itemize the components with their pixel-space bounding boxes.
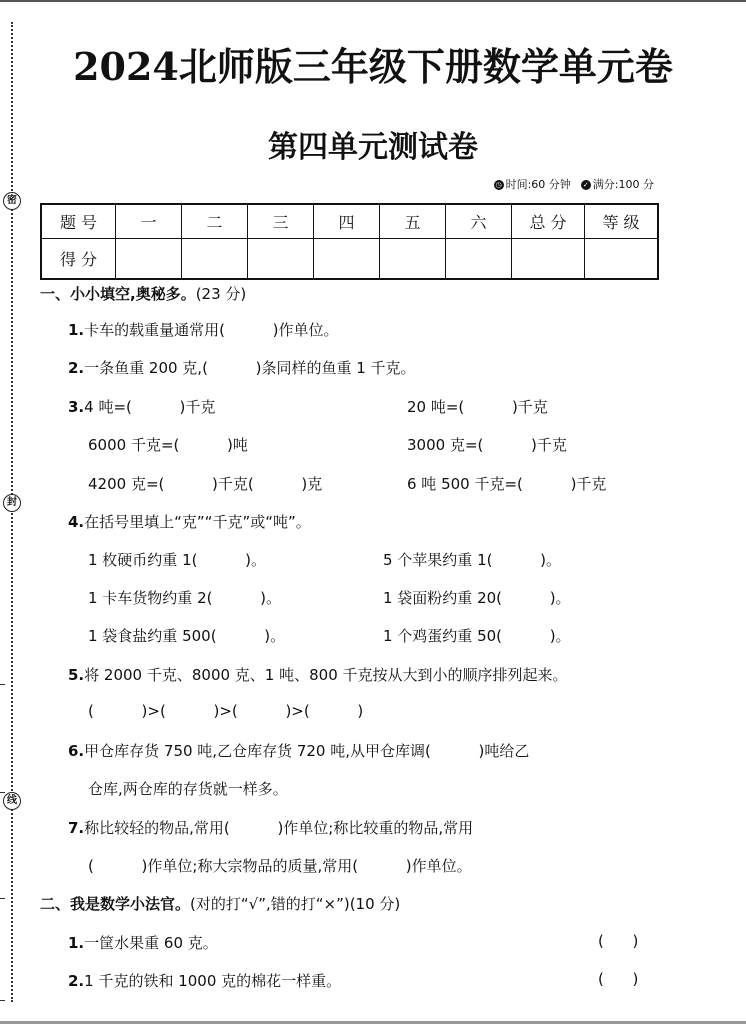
question-1-2: 2.一条鱼重 200 克,( )条同样的鱼重 1 千克。 xyxy=(68,357,416,378)
binding-mark-xian: 线 xyxy=(3,792,21,810)
question-1-3-a: 3.4 吨=( )千克 xyxy=(68,396,215,417)
question-number: 4. xyxy=(68,513,84,531)
document-subtitle: 第四单元测试卷 xyxy=(0,122,746,166)
question-1-6-cont: 仓库,两仓库的存货就一样多。 xyxy=(88,778,288,799)
question-2-2-answer: ( ) xyxy=(598,970,638,988)
section-title-text: 一、小小填空,奥秘多。 xyxy=(40,285,196,303)
document-title: 2024北师版三年级下册数学单元卷 xyxy=(0,36,746,91)
question-1-5: 5.将 2000 千克、8000 克、1 吨、800 千克按从大到小的顺序排列起… xyxy=(68,664,568,685)
question-text: 称比较轻的物品,常用( )作单位;称比较重的物品,常用 xyxy=(84,819,473,837)
question-2-1-answer: ( ) xyxy=(598,932,638,950)
header-cell: 六 xyxy=(446,204,512,239)
score-info: ✓满分:100 分 xyxy=(581,176,654,192)
question-number: 5. xyxy=(68,666,84,684)
header-cell: 四 xyxy=(314,204,380,239)
header-cell: 五 xyxy=(380,204,446,239)
question-2-2: 2.1 千克的铁和 1000 克的棉花一样重。 xyxy=(68,970,341,991)
header-cell: 总 分 xyxy=(512,204,585,239)
score-cell[interactable] xyxy=(314,239,380,280)
question-text: 在括号里填上“克”“千克”或“吨”。 xyxy=(84,513,311,531)
question-text: 卡车的载重量通常用( )作单位。 xyxy=(84,321,338,339)
question-1-5-answer: ( )>( )>( )>( ) xyxy=(88,702,363,720)
question-item: 4 吨=( )千克 xyxy=(84,398,215,416)
section-points: (对的打“√”,错的打“×”)(10 分) xyxy=(190,895,400,913)
score-table-header-row: 题 号 一 二 三 四 五 六 总 分 等 级 xyxy=(41,204,658,239)
question-1-3-e: 4200 克=( )千克( )克 xyxy=(88,473,322,494)
question-1-4-d: 1 袋面粉约重 20( )。 xyxy=(383,587,571,608)
time-label: 时间:60 分钟 xyxy=(506,178,571,191)
question-1-7-cont: ( )作单位;称大宗物品的质量,常用( )作单位。 xyxy=(88,855,472,876)
header-cell: 二 xyxy=(182,204,248,239)
margin-tick xyxy=(0,684,5,685)
binding-mark-mi: 密 xyxy=(3,192,21,210)
question-1-6: 6.甲仓库存货 750 吨,乙仓库存货 720 吨,从甲仓库调( )吨给乙 xyxy=(68,740,529,761)
section-1-title: 一、小小填空,奥秘多。(23 分) xyxy=(40,283,246,304)
question-number: 1. xyxy=(68,321,84,339)
exam-meta: ◷时间:60 分钟 ✓满分:100 分 xyxy=(494,176,654,192)
question-1-3-b: 20 吨=( )千克 xyxy=(407,396,548,417)
question-1-4: 4.在括号里填上“克”“千克”或“吨”。 xyxy=(68,511,311,532)
score-cell[interactable] xyxy=(248,239,314,280)
header-cell: 等 级 xyxy=(585,204,659,239)
score-cell[interactable] xyxy=(380,239,446,280)
question-text: 一筐水果重 60 克。 xyxy=(84,934,218,952)
question-number: 6. xyxy=(68,742,84,760)
question-1-3-c: 6000 千克=( )吨 xyxy=(88,434,248,455)
question-1-3-f: 6 吨 500 千克=( )千克 xyxy=(407,473,606,494)
margin-tick xyxy=(0,1000,5,1001)
score-cell[interactable] xyxy=(446,239,512,280)
question-text: 将 2000 千克、8000 克、1 吨、800 千克按从大到小的顺序排列起来。 xyxy=(84,666,567,684)
question-1-4-a: 1 枚硬币约重 1( )。 xyxy=(88,549,266,570)
question-1-3-d: 3000 克=( )千克 xyxy=(407,434,567,455)
score-table-score-row: 得 分 xyxy=(41,239,658,280)
question-text: 甲仓库存货 750 吨,乙仓库存货 720 吨,从甲仓库调( )吨给乙 xyxy=(84,742,529,760)
question-text: 1 千克的铁和 1000 克的棉花一样重。 xyxy=(84,972,341,990)
question-number: 2. xyxy=(68,972,84,990)
question-1-7: 7.称比较轻的物品,常用( )作单位;称比较重的物品,常用 xyxy=(68,817,473,838)
question-text: 一条鱼重 200 克,( )条同样的鱼重 1 千克。 xyxy=(84,359,415,377)
header-cell: 一 xyxy=(116,204,182,239)
section-title-text: 二、我是数学小法官。 xyxy=(40,895,190,913)
question-number: 2. xyxy=(68,359,84,377)
score-table: 题 号 一 二 三 四 五 六 总 分 等 级 得 分 xyxy=(40,203,659,280)
score-cell[interactable] xyxy=(116,239,182,280)
question-2-1: 1.一筐水果重 60 克。 xyxy=(68,932,218,953)
question-1-4-c: 1 卡车货物约重 2( )。 xyxy=(88,587,281,608)
question-1-4-e: 1 袋食盐约重 500( )。 xyxy=(88,625,285,646)
question-number: 3. xyxy=(68,398,84,416)
score-cell[interactable] xyxy=(512,239,585,280)
clock-icon: ◷ xyxy=(494,180,504,190)
top-border xyxy=(0,0,746,2)
header-cell: 题 号 xyxy=(41,204,116,239)
margin-tick xyxy=(0,792,5,793)
check-circle-icon: ✓ xyxy=(581,180,591,190)
full-score-label: 满分:100 分 xyxy=(593,178,654,191)
question-1-4-b: 5 个苹果约重 1( )。 xyxy=(383,549,561,570)
question-number: 7. xyxy=(68,819,84,837)
score-cell[interactable] xyxy=(182,239,248,280)
score-cell[interactable] xyxy=(585,239,659,280)
score-row-label: 得 分 xyxy=(41,239,116,280)
header-cell: 三 xyxy=(248,204,314,239)
question-number: 1. xyxy=(68,934,84,952)
time-info: ◷时间:60 分钟 xyxy=(494,176,571,192)
question-1-4-f: 1 个鸡蛋约重 50( )。 xyxy=(383,625,571,646)
section-2-title: 二、我是数学小法官。(对的打“√”,错的打“×”)(10 分) xyxy=(40,893,400,914)
section-points: (23 分) xyxy=(196,285,247,303)
margin-tick xyxy=(0,898,5,899)
binding-mark-feng: 封 xyxy=(3,494,21,512)
question-1-1: 1.卡车的载重量通常用( )作单位。 xyxy=(68,319,339,340)
binding-dotted-line xyxy=(11,22,13,1002)
